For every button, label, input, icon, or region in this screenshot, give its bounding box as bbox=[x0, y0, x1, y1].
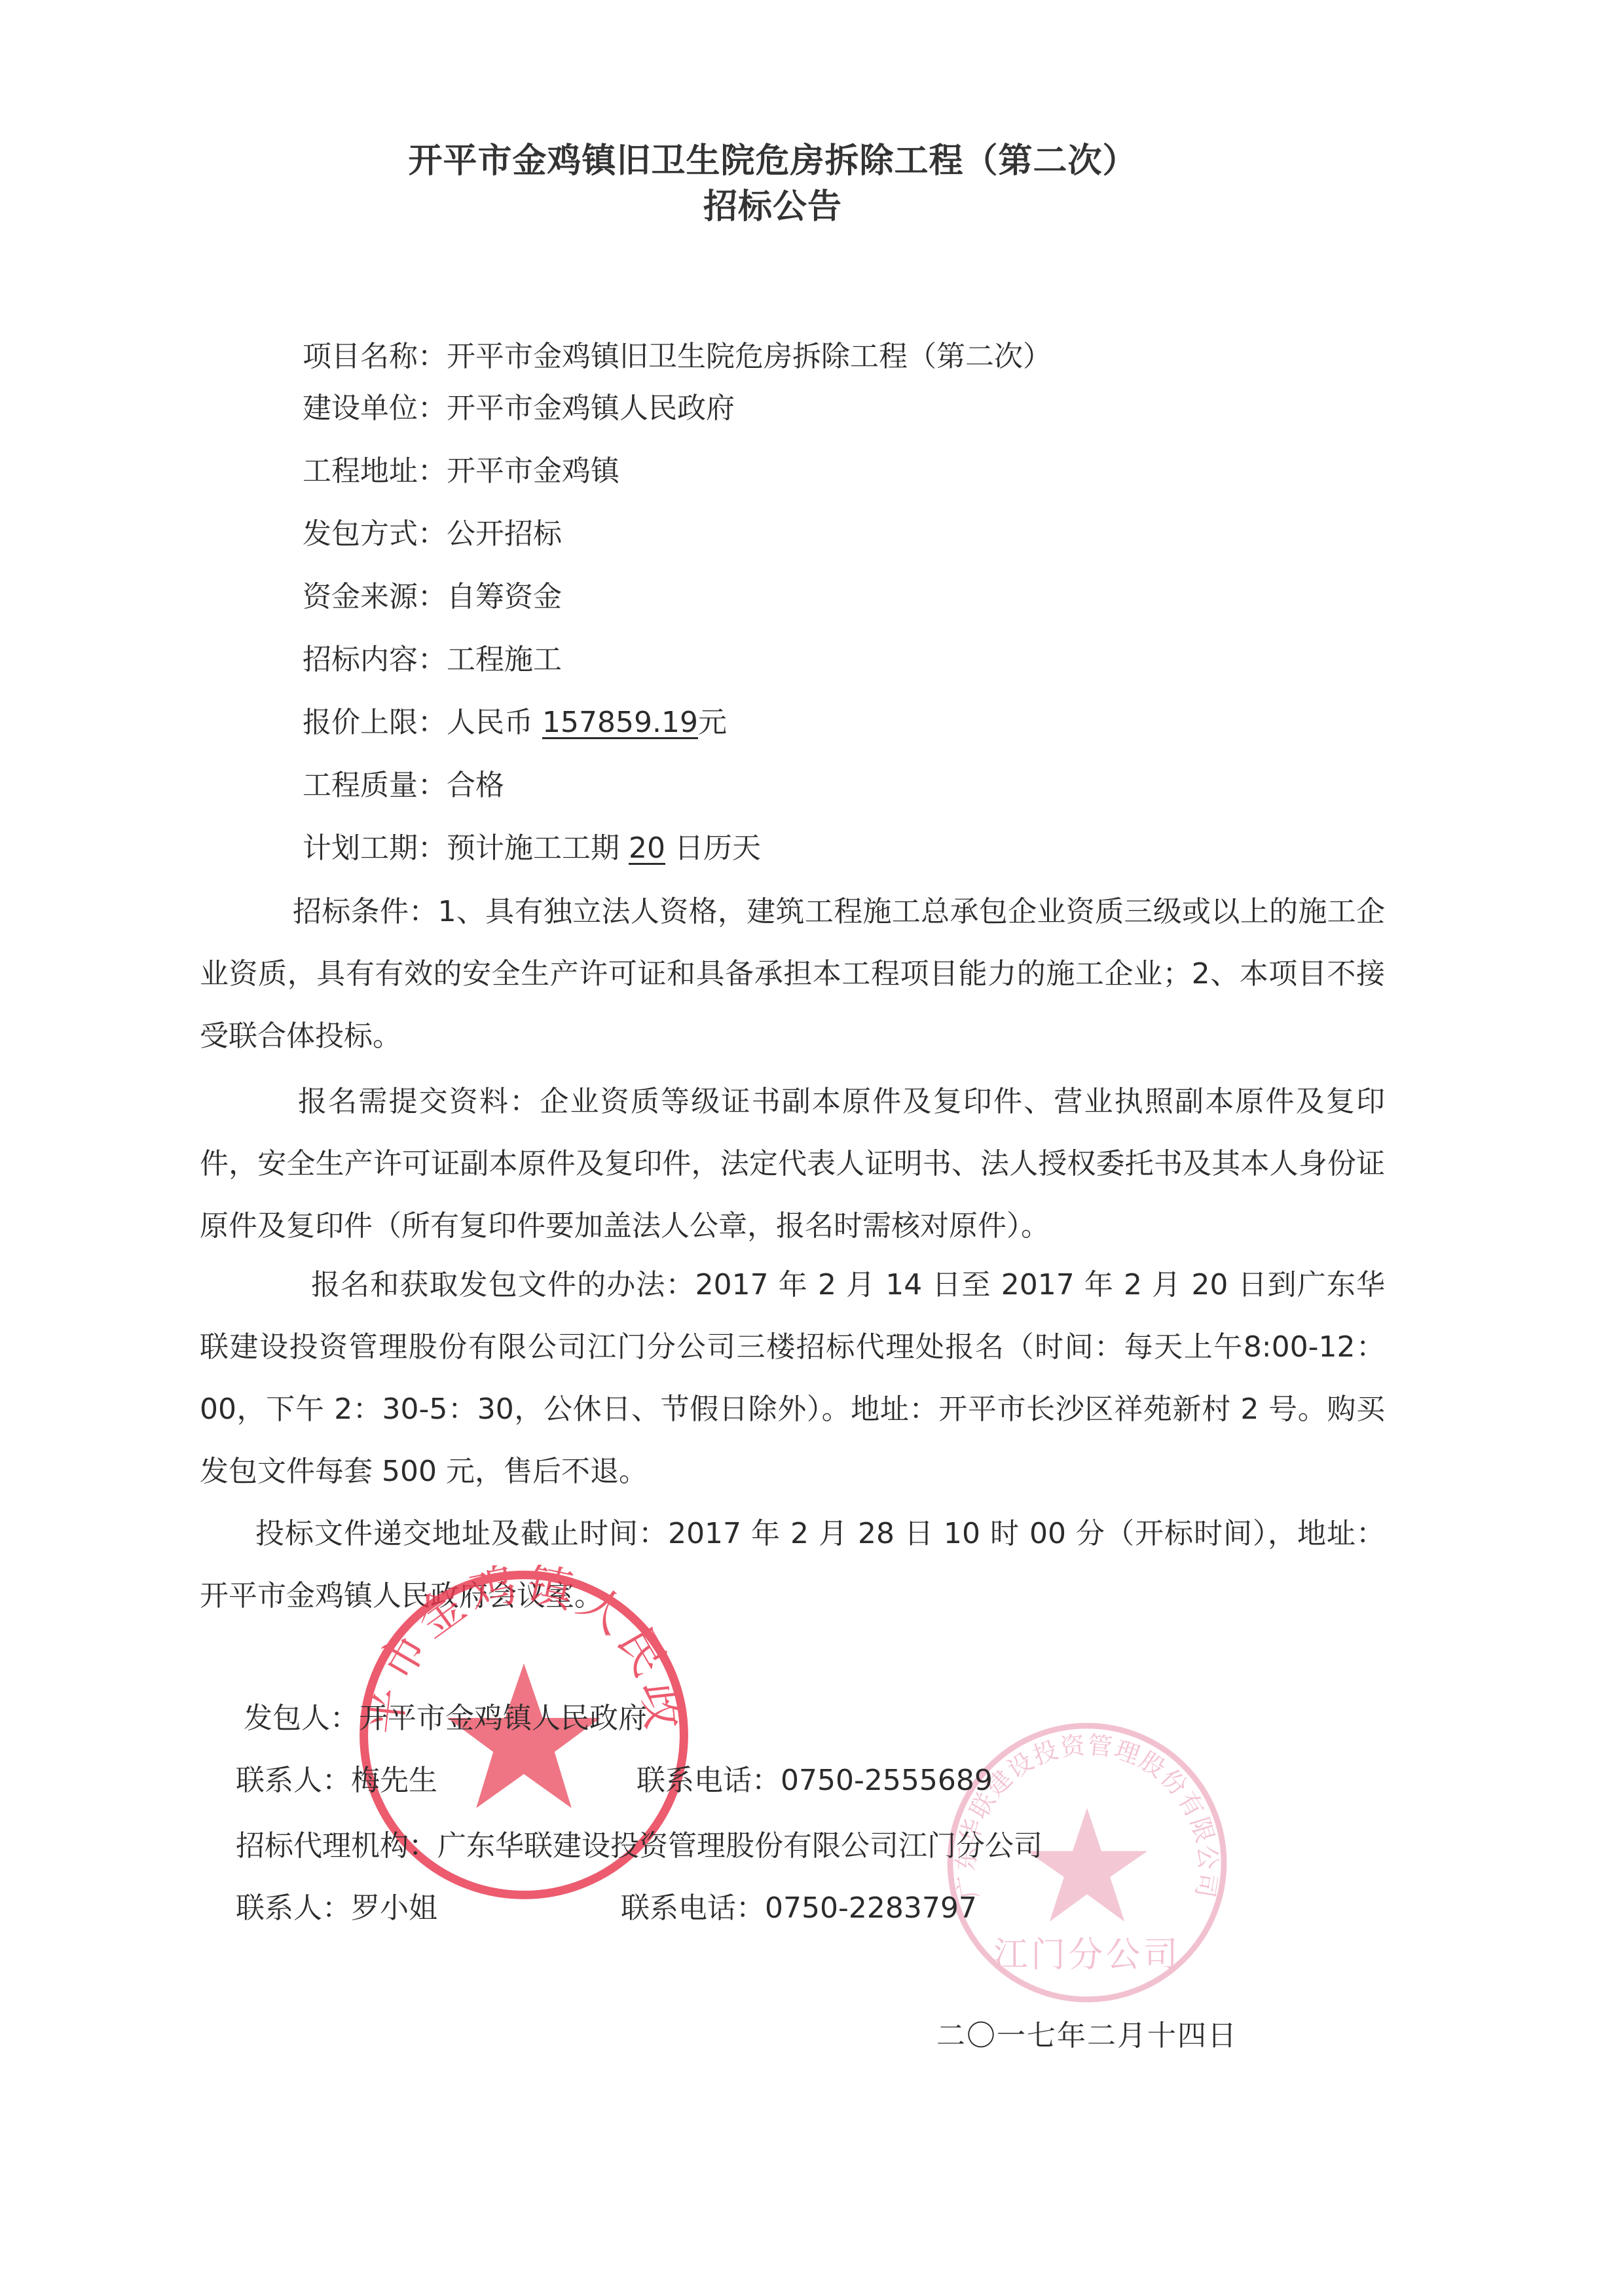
schedule-days: 20 bbox=[619, 831, 674, 865]
field-value-prefix: 人民币 bbox=[447, 706, 542, 739]
field-contract-method: 发包方式：公开招标 bbox=[303, 515, 562, 554]
field-label: 发包方式： bbox=[303, 517, 447, 551]
field-bid-content: 招标内容：工程施工 bbox=[303, 640, 562, 680]
field-fund-source: 资金来源：自筹资金 bbox=[303, 577, 562, 617]
issue-date: 二〇一七年二月十四日 bbox=[936, 2016, 1238, 2056]
phone2-line: 联系电话：0750-2283797 bbox=[621, 1889, 977, 1928]
paragraph-registration-materials: 报名需提交资料：企业资质等级证书副本原件及复印件、营业执照副本原件及复印件，安全… bbox=[200, 1070, 1385, 1257]
document-title: 开平市金鸡镇旧卫生院危房拆除工程（第二次） bbox=[0, 137, 1585, 185]
field-label: 报价上限： bbox=[303, 706, 447, 739]
agency-name: 广东华联建设投资管理股份有限公司江门分公司 bbox=[437, 1829, 1043, 1863]
field-value-suffix: 日历天 bbox=[674, 831, 761, 865]
field-value: 开平市金鸡镇旧卫生院危房拆除工程（第二次） bbox=[447, 340, 1052, 373]
field-project-name: 项目名称：开平市金鸡镇旧卫生院危房拆除工程（第二次） bbox=[303, 337, 1052, 376]
price-ceiling-amount: 157859.19 bbox=[542, 706, 698, 739]
agency-label: 招标代理机构： bbox=[236, 1829, 437, 1863]
contact-name: 罗小姐 bbox=[351, 1891, 437, 1925]
tender-announcement-page: 开平市金鸡镇旧卫生院危房拆除工程（第二次） 招标公告 项目名称：开平市金鸡镇旧卫… bbox=[0, 0, 1624, 2296]
field-value: 公开招标 bbox=[447, 517, 562, 551]
field-construction-unit: 建设单位：开平市金鸡镇人民政府 bbox=[303, 389, 735, 428]
issuer-line: 发包人：开平市金鸡镇人民政府 bbox=[244, 1699, 647, 1738]
phone1-line: 联系电话：0750-2555689 bbox=[637, 1761, 993, 1800]
field-label: 建设单位： bbox=[303, 392, 447, 425]
field-value-suffix: 元 bbox=[698, 706, 727, 739]
contact-label: 联系人： bbox=[236, 1891, 351, 1925]
paragraph-submission: 投标文件递交地址及截止时间：2017 年 2 月 28 日 10 时 00 分（… bbox=[200, 1503, 1385, 1627]
issuer-label: 发包人： bbox=[244, 1702, 359, 1735]
document-subtitle: 招标公告 bbox=[0, 183, 1585, 230]
svg-text:广东华联建设投资管理股份有限公司: 广东华联建设投资管理股份有限公司 bbox=[951, 1730, 1223, 1901]
phone-number: 0750-2555689 bbox=[781, 1764, 993, 1797]
svg-text:江门分公司: 江门分公司 bbox=[993, 1935, 1181, 1975]
field-value: 开平市金鸡镇人民政府 bbox=[447, 392, 735, 425]
field-value: 合格 bbox=[447, 769, 504, 802]
paragraph-registration-method: 报名和获取发包文件的办法：2017 年 2 月 14 日至 2017 年 2 月… bbox=[200, 1254, 1385, 1503]
field-schedule: 计划工期：预计施工工期20日历天 bbox=[303, 829, 761, 868]
phone-label: 联系电话： bbox=[621, 1891, 765, 1925]
field-label: 招标内容： bbox=[303, 643, 447, 676]
phone-label: 联系电话： bbox=[637, 1764, 781, 1797]
field-value: 工程施工 bbox=[447, 643, 562, 676]
phone-number: 0750-2283797 bbox=[765, 1891, 977, 1925]
contact-label: 联系人： bbox=[236, 1764, 351, 1797]
field-project-address: 工程地址：开平市金鸡镇 bbox=[303, 452, 619, 491]
contact-name: 梅先生 bbox=[351, 1764, 437, 1797]
field-label: 项目名称： bbox=[303, 340, 447, 373]
field-label: 资金来源： bbox=[303, 580, 447, 613]
field-quality: 工程质量：合格 bbox=[303, 766, 504, 805]
agency-line: 招标代理机构：广东华联建设投资管理股份有限公司江门分公司 bbox=[236, 1827, 1043, 1866]
paragraph-bid-conditions: 招标条件：1、具有独立法人资格，建筑工程施工总承包企业资质三级或以上的施工企业资… bbox=[200, 881, 1385, 1067]
issuer-name: 开平市金鸡镇人民政府 bbox=[359, 1702, 647, 1735]
field-label: 工程质量： bbox=[303, 769, 447, 802]
field-price-ceiling: 报价上限：人民币 157859.19元 bbox=[303, 703, 727, 742]
field-value: 自筹资金 bbox=[447, 580, 562, 613]
contact1-line: 联系人：梅先生 bbox=[236, 1761, 437, 1800]
field-label: 工程地址： bbox=[303, 454, 447, 488]
field-value-prefix: 预计施工工期 bbox=[447, 831, 619, 865]
field-value: 开平市金鸡镇 bbox=[447, 454, 619, 488]
field-label: 计划工期： bbox=[303, 831, 447, 865]
contact2-line: 联系人：罗小姐 bbox=[236, 1889, 437, 1928]
